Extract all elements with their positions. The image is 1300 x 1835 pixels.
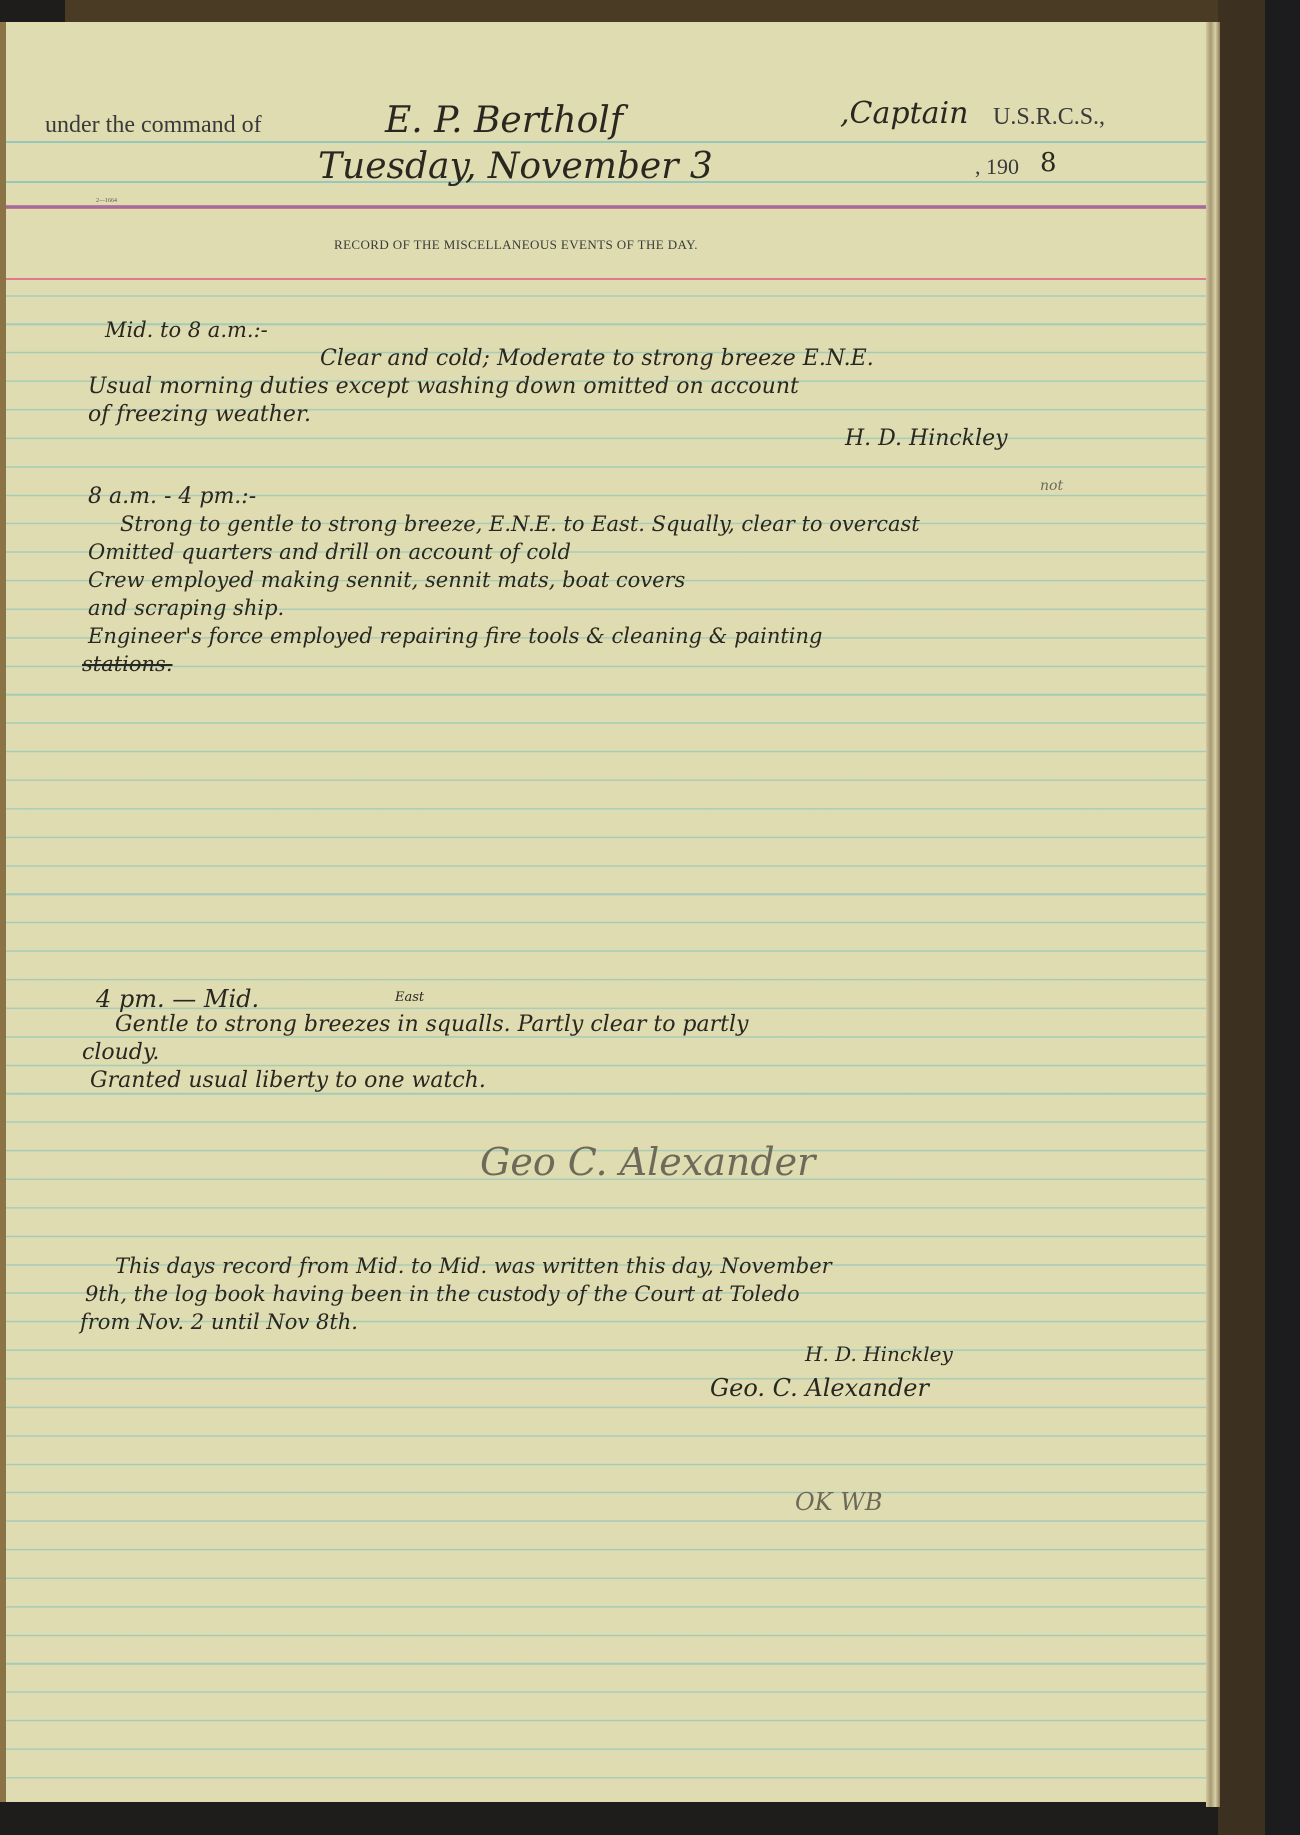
- section-title: RECORD OF THE MISCELLANEOUS EVENTS OF TH…: [334, 237, 698, 253]
- entry-3-line-3: Granted usual liberty to one watch.: [90, 1068, 486, 1093]
- entry-2-line-3: Crew employed making sennit, sennit mats…: [88, 568, 685, 592]
- form-number: 2—1664: [96, 198, 117, 204]
- header-prefix: under the command of: [45, 112, 262, 139]
- entry-2-line-2: Omitted quarters and drill on account of…: [88, 540, 571, 564]
- entry-1-line-2: Usual morning duties except washing down…: [88, 374, 799, 399]
- note-line-1: This days record from Mid. to Mid. was w…: [115, 1254, 832, 1278]
- entry-2-watch: 8 a.m. - 4 pm.:-: [88, 484, 256, 509]
- entry-1-line-3: of freezing weather.: [88, 402, 311, 427]
- entry-2-line-6: stations.: [82, 652, 173, 676]
- entry-1-signature: H. D. Hinckley: [845, 426, 1008, 451]
- header-double-red-rule: [6, 205, 1206, 209]
- entry-3-watch: 4 pm. — Mid.: [96, 985, 259, 1013]
- entry-2-line-1: Strong to gentle to strong breeze, E.N.E…: [120, 512, 920, 536]
- entry-2-line-4: and scraping ship.: [88, 596, 284, 620]
- pencil-initials: OK WB: [795, 1488, 883, 1516]
- entry-3-line-2: cloudy.: [82, 1040, 159, 1065]
- log-page: [0, 22, 1206, 1802]
- year-prefix: , 190: [975, 154, 1019, 180]
- section-red-rule: [6, 278, 1206, 280]
- page-left-edge: [0, 22, 6, 1802]
- note-signature-2: Geo. C. Alexander: [710, 1374, 929, 1402]
- note-line-2: 9th, the log book having been in the cus…: [85, 1282, 800, 1306]
- year-suffix: 8: [1040, 148, 1057, 178]
- page-stack-edge: [1206, 22, 1220, 1807]
- entry-1-watch: Mid. to 8 a.m.:-: [105, 318, 268, 342]
- background: [1265, 0, 1300, 1835]
- entry-1-line-1: Clear and cold; Moderate to strong breez…: [320, 346, 874, 371]
- commander-name: E. P. Bertholf: [385, 100, 623, 141]
- commander-rank: ,Captain: [840, 96, 968, 131]
- header-rule-1: [6, 141, 1206, 143]
- note-signature-1: H. D. Hinckley: [805, 1342, 953, 1366]
- entry-3-signature: Geo C. Alexander: [480, 1140, 815, 1184]
- note-line-3: from Nov. 2 until Nov 8th.: [80, 1310, 358, 1334]
- entry-3-line-1: Gentle to strong breezes in squalls. Par…: [115, 1012, 748, 1037]
- book-cover-top: [65, 0, 1225, 22]
- entry-date: Tuesday, November 3: [318, 146, 713, 187]
- entry-3-insert: East: [395, 990, 424, 1005]
- service-name: U.S.R.C.S.,: [993, 104, 1105, 131]
- entry-2-line-5: Engineer's force employed repairing fire…: [88, 624, 823, 648]
- entry-2-annotation: not: [1040, 478, 1063, 494]
